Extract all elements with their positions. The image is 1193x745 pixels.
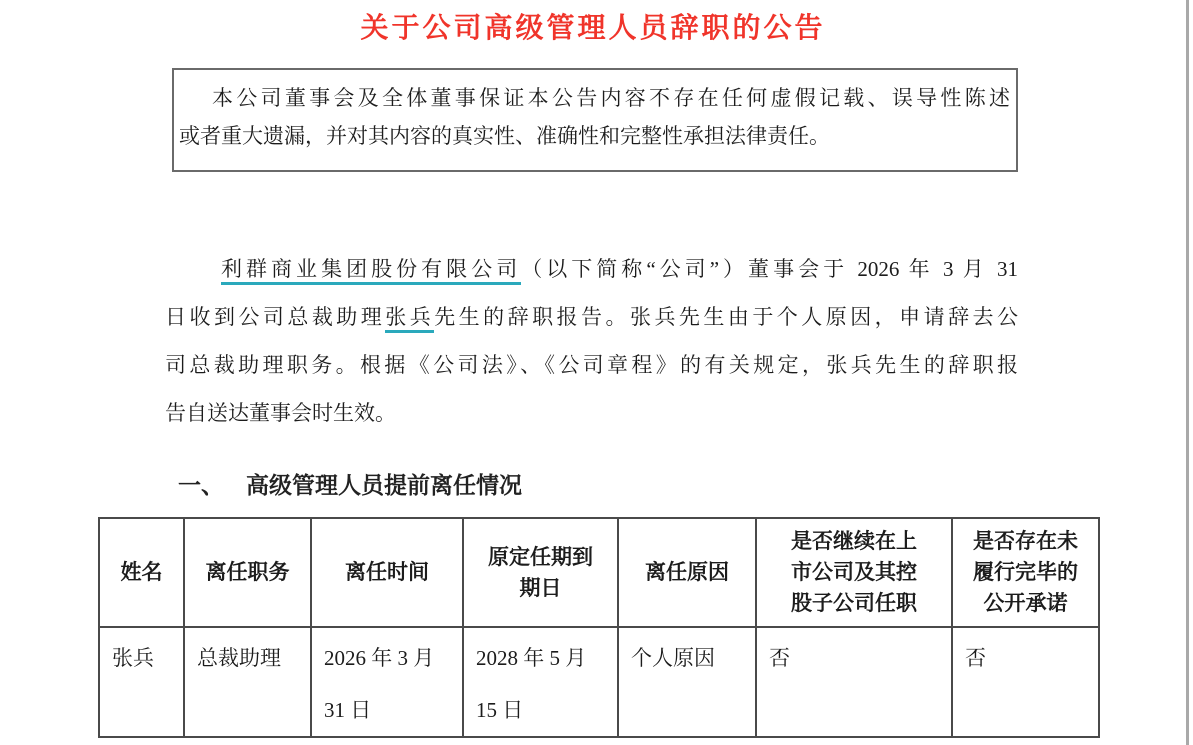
disclaimer-box: 本公司董事会及全体董事保证本公告内容不存在任何虚假记载、误导性陈述 或者重大遗漏… (172, 68, 1018, 172)
page-title: 关于公司高级管理人员辞职的公告 (0, 12, 1186, 44)
body-line-1-rest: （以下简称“公司”）董事会于 2026 年 3 月 31 (521, 257, 1018, 281)
section-number: 一、 (178, 472, 224, 498)
header-label: 履行完毕的 (957, 557, 1094, 588)
header-cell-position: 离任职务 (184, 518, 311, 627)
header-label: 离任职务 (189, 557, 306, 588)
header-label: 市公司及其控 (761, 557, 947, 588)
cell-position: 总裁助理 (184, 627, 311, 737)
header-label: 股子公司任职 (761, 588, 947, 619)
person-name-underlined: 张兵 (385, 305, 434, 333)
body-line-2: 日收到公司总裁助理张兵先生的辞职报告。张兵先生由于个人原因，申请辞去公 (165, 293, 1018, 341)
cell-value: 否 (769, 632, 943, 684)
cell-value: 15 日 (476, 684, 609, 736)
cell-value: 2028 年 5 月 (476, 632, 609, 684)
body-paragraph: 利群商业集团股份有限公司（以下简称“公司”）董事会于 2026 年 3 月 31… (165, 245, 1018, 437)
body-line-2-rest: 先生的辞职报告。张兵先生由于个人原因，申请辞去公 (434, 305, 1018, 329)
header-label: 期日 (468, 573, 613, 604)
company-name-underlined: 利群商业集团股份有限公司 (221, 257, 521, 285)
body-line-4: 告自送达董事会时生效。 (165, 389, 1018, 437)
header-cell-name: 姓名 (99, 518, 184, 627)
body-line-2-pre: 日收到公司总裁助理 (165, 305, 385, 329)
header-label: 是否继续在上 (761, 526, 947, 557)
disclaimer-line-2: 或者重大遗漏，并对其内容的真实性、准确性和完整性承担法律责任。 (179, 117, 1010, 155)
header-cell-commitments: 是否存在未 履行完毕的 公开承诺 (952, 518, 1099, 627)
disclaimer-line-1: 本公司董事会及全体董事保证本公告内容不存在任何虚假记载、误导性陈述 (179, 79, 1010, 117)
cell-value: 2026 年 3 月 (324, 632, 454, 684)
header-cell-departure-time: 离任时间 (311, 518, 463, 627)
cell-value: 个人原因 (631, 632, 747, 684)
section-heading: 一、高级管理人员提前离任情况 (165, 470, 1018, 500)
cell-commitments: 否 (952, 627, 1099, 737)
cell-name: 张兵 (99, 627, 184, 737)
body-line-1: 利群商业集团股份有限公司（以下简称“公司”）董事会于 2026 年 3 月 31 (165, 245, 1018, 293)
header-cell-reason: 离任原因 (618, 518, 756, 627)
header-label: 姓名 (104, 557, 179, 588)
cell-value: 否 (965, 632, 1090, 684)
cell-reason: 个人原因 (618, 627, 756, 737)
header-label: 离任原因 (623, 557, 751, 588)
viewer-page-edge (1186, 0, 1189, 745)
cell-term-end: 2028 年 5 月 15 日 (463, 627, 618, 737)
document-page: 关于公司高级管理人员辞职的公告 本公司董事会及全体董事保证本公告内容不存在任何虚… (0, 0, 1193, 745)
cell-departure-time: 2026 年 3 月 31 日 (311, 627, 463, 737)
header-label: 公开承诺 (957, 588, 1094, 619)
header-label: 是否存在未 (957, 526, 1094, 557)
cell-still-employed: 否 (756, 627, 952, 737)
section-title: 高级管理人员提前离任情况 (246, 472, 522, 498)
body-line-3: 司总裁助理职务。根据《公司法》、《公司章程》的有关规定，张兵先生的辞职报 (165, 341, 1018, 389)
table-header-row: 姓名 离任职务 离任时间 原定任期到 期日 离任原因 是否继续在上 市公司及其控 (99, 518, 1099, 627)
departure-table: 姓名 离任职务 离任时间 原定任期到 期日 离任原因 是否继续在上 市公司及其控 (98, 517, 1100, 738)
header-label: 原定任期到 (468, 542, 613, 573)
header-cell-term-end: 原定任期到 期日 (463, 518, 618, 627)
cell-value: 31 日 (324, 684, 454, 736)
cell-value: 张兵 (112, 632, 175, 684)
table-row: 张兵 总裁助理 2026 年 3 月 31 日 2028 年 5 月 15 日 … (99, 627, 1099, 737)
header-cell-still-employed: 是否继续在上 市公司及其控 股子公司任职 (756, 518, 952, 627)
header-label: 离任时间 (316, 557, 458, 588)
cell-value: 总裁助理 (197, 632, 302, 684)
